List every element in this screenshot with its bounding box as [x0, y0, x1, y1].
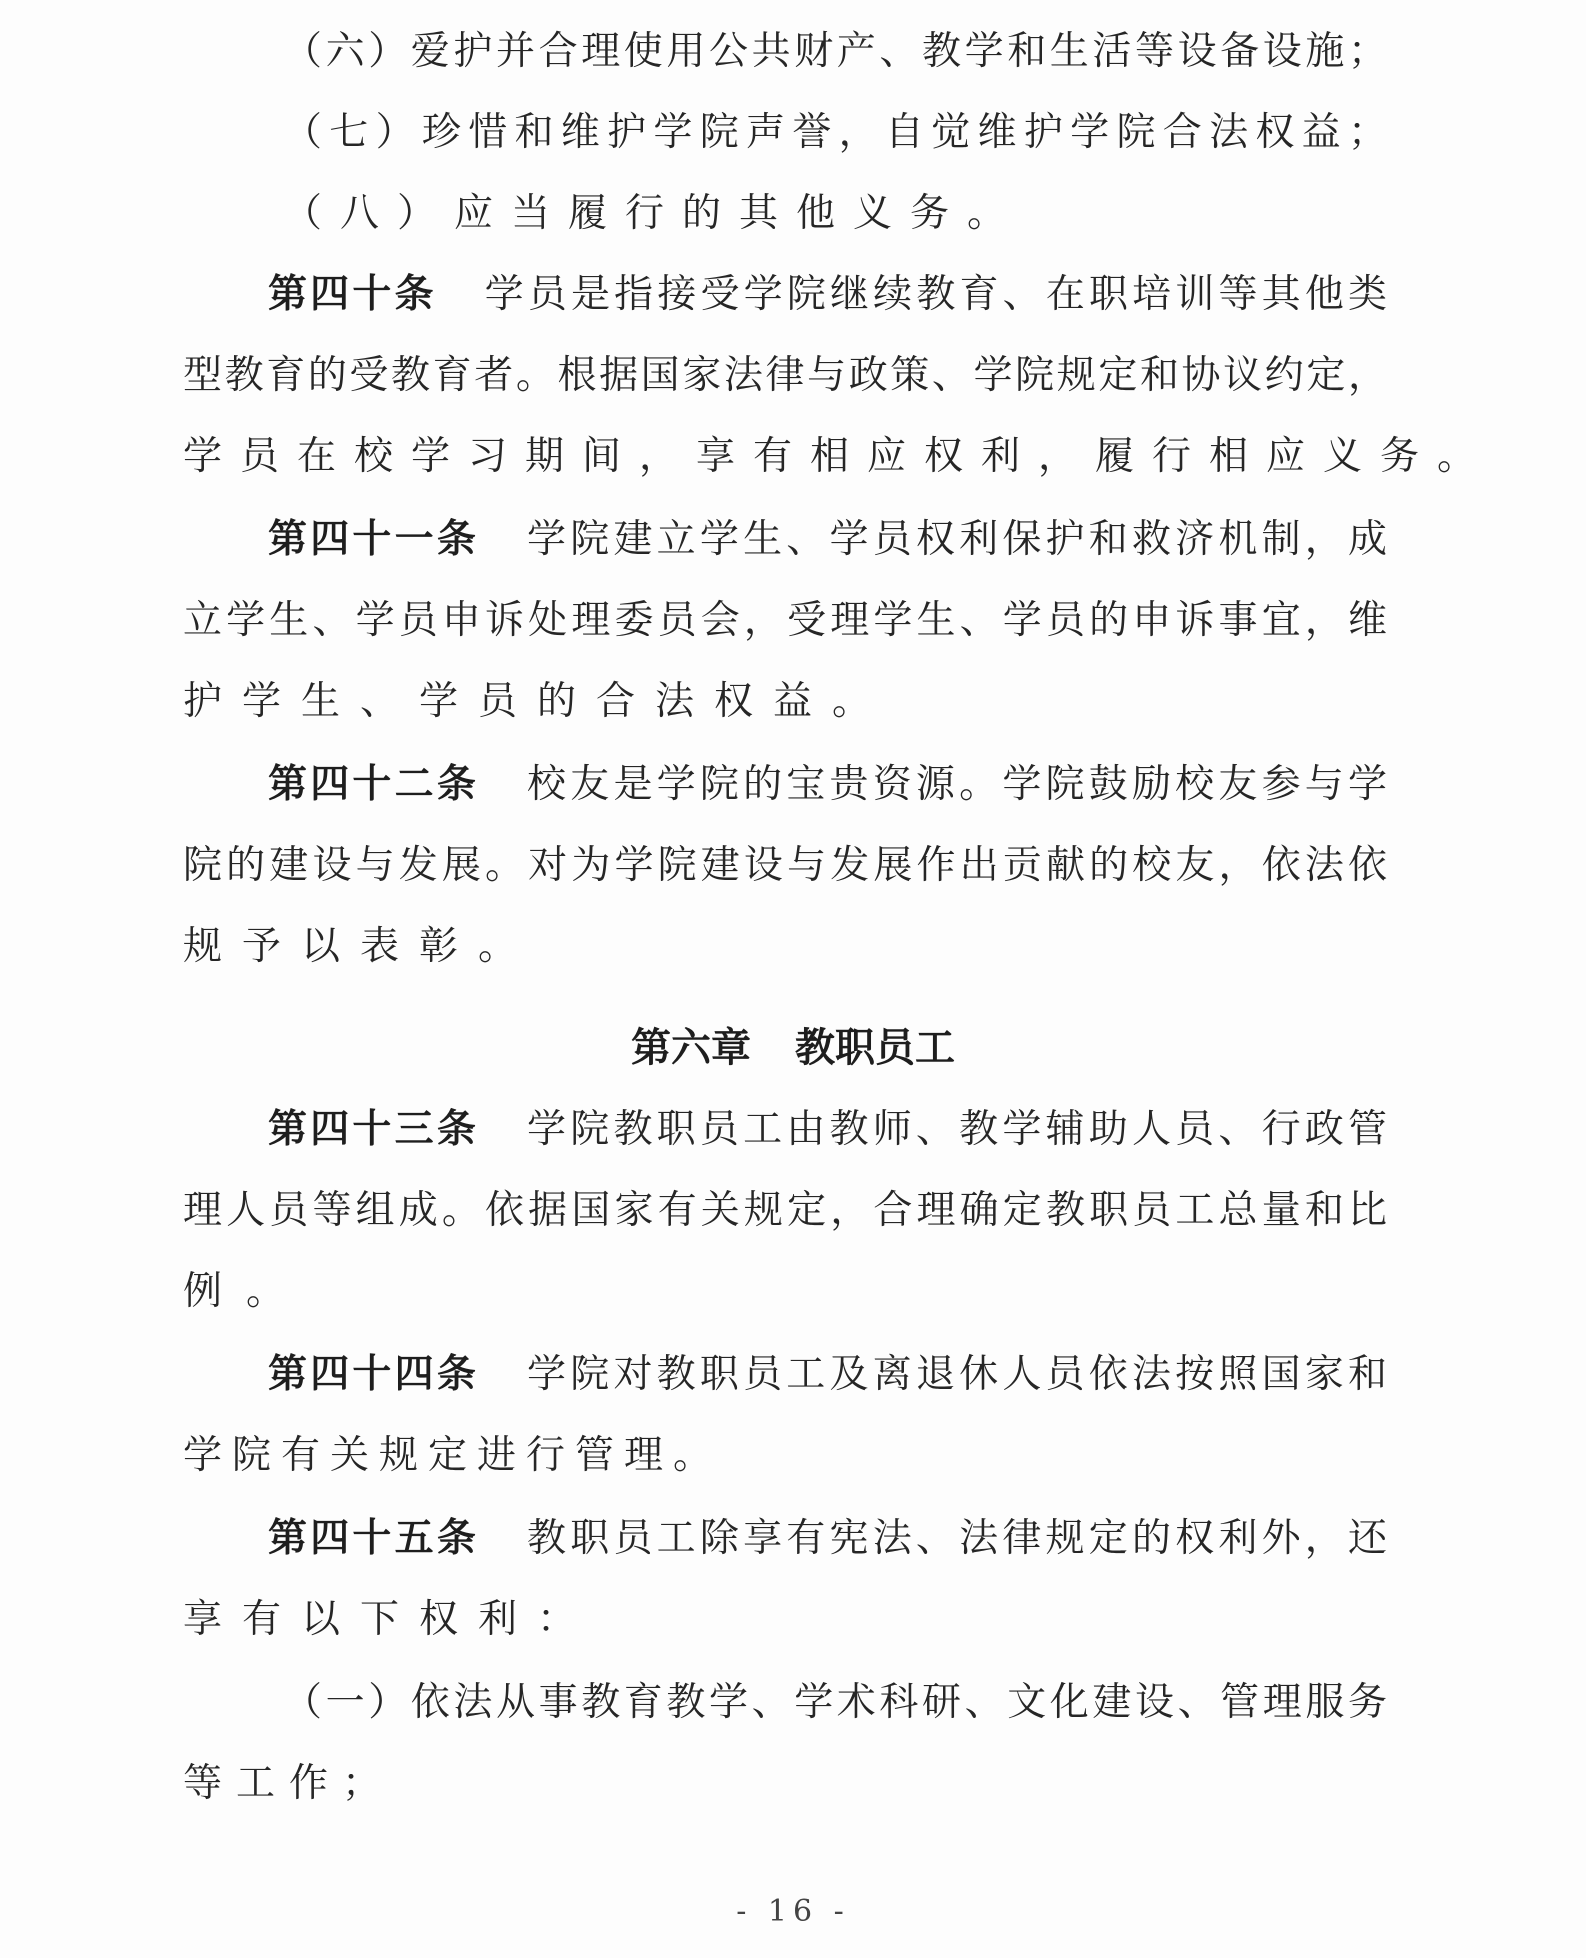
- line-text: 院的建设与发展。对为学院建设与发展作出贡献的校友，依法依: [183, 843, 1388, 888]
- article-number: 第四十条: [268, 272, 437, 317]
- article-41-line-1: 第四十一条学院建立学生、学员权利保护和救济机制，成: [268, 510, 1388, 570]
- line-text: 学员是指接受学院继续教育、在职培训等其他类: [485, 272, 1388, 317]
- article-40-line-1: 第四十条学员是指接受学院继续教育、在职培训等其他类: [268, 265, 1388, 325]
- line-text: 享有以下权利：: [183, 1597, 596, 1642]
- line-text: 立学生、学员申诉处理委员会，受理学生、学员的申诉事宜，维: [183, 598, 1388, 643]
- line-text: 学院教职员工由教师、教学辅助人员、行政管: [527, 1107, 1388, 1152]
- line-text: 等工作；: [183, 1761, 395, 1806]
- list-item-7: （七）珍惜和维护学院声誉，自觉维护学院合法权益；: [283, 103, 1388, 163]
- article-40-line-3: 学员在校学习期间，享有相应权利，履行相应义务。: [183, 427, 1388, 487]
- line-text: （六）爱护并合理使用公共财产、教学和生活等设备设施；: [283, 29, 1388, 74]
- page-number: - 16 -: [0, 1892, 1586, 1932]
- article-41-line-3: 护学生、学员的合法权益。: [183, 672, 1388, 732]
- line-text: 学院建立学生、学员权利保护和救济机制，成: [527, 517, 1388, 562]
- line-text: 校友是学院的宝贵资源。学院鼓励校友参与学: [527, 762, 1388, 807]
- line-text: 护学生、学员的合法权益。: [183, 679, 891, 724]
- list-item-6: （六）爱护并合理使用公共财产、教学和生活等设备设施；: [283, 22, 1388, 82]
- line-text: 学院有关规定进行管理。: [183, 1433, 722, 1478]
- article-43-line-2: 理人员等组成。依据国家有关规定，合理确定教职员工总量和比: [183, 1181, 1388, 1241]
- line-text: 教职员工除享有宪法、法律规定的权利外，还: [527, 1516, 1388, 1561]
- article-42-line-2: 院的建设与发展。对为学院建设与发展作出贡献的校友，依法依: [183, 836, 1388, 896]
- line-text: （七）珍惜和维护学院声誉，自觉维护学院合法权益；: [283, 110, 1388, 155]
- list-item-8: （八）应当履行的其他义务。: [283, 184, 1388, 244]
- chapter-heading: 第六章教职员工: [0, 1018, 1586, 1078]
- line-text: 例。: [183, 1269, 309, 1314]
- article-41-line-2: 立学生、学员申诉处理委员会，受理学生、学员的申诉事宜，维: [183, 591, 1388, 651]
- article-number: 第四十一条: [268, 517, 479, 562]
- list-item-1-line-2: 等工作；: [183, 1754, 1388, 1814]
- line-text: （一）依法从事教育教学、学术科研、文化建设、管理服务: [283, 1680, 1388, 1725]
- article-number: 第四十二条: [268, 762, 479, 807]
- document-page: （六）爱护并合理使用公共财产、教学和生活等设备设施； （七）珍惜和维护学院声誉，…: [0, 0, 1586, 1958]
- article-43-line-1: 第四十三条学院教职员工由教师、教学辅助人员、行政管: [268, 1100, 1388, 1160]
- line-text: 学院对教职员工及离退休人员依法按照国家和: [527, 1352, 1388, 1397]
- line-text: 型教育的受教育者。根据国家法律与政策、学院规定和协议约定，: [183, 353, 1388, 398]
- line-text: 规予以表彰。: [183, 924, 537, 969]
- article-42-line-3: 规予以表彰。: [183, 917, 1388, 977]
- article-42-line-1: 第四十二条校友是学院的宝贵资源。学院鼓励校友参与学: [268, 755, 1388, 815]
- line-text: （八）应当履行的其他义务。: [283, 191, 1024, 236]
- line-text: 理人员等组成。依据国家有关规定，合理确定教职员工总量和比: [183, 1188, 1388, 1233]
- article-44-line-1: 第四十四条学院对教职员工及离退休人员依法按照国家和: [268, 1345, 1388, 1405]
- line-text: 学员在校学习期间，享有相应权利，履行相应义务。: [183, 434, 1494, 479]
- chapter-title: 教职员工: [795, 1025, 955, 1071]
- list-item-1-line-1: （一）依法从事教育教学、学术科研、文化建设、管理服务: [283, 1673, 1388, 1733]
- chapter-number: 第六章: [631, 1025, 751, 1071]
- article-45-line-1: 第四十五条教职员工除享有宪法、法律规定的权利外，还: [268, 1509, 1388, 1569]
- article-43-line-3: 例。: [183, 1262, 1388, 1322]
- article-number: 第四十五条: [268, 1516, 479, 1561]
- article-40-line-2: 型教育的受教育者。根据国家法律与政策、学院规定和协议约定，: [183, 346, 1388, 406]
- article-44-line-2: 学院有关规定进行管理。: [183, 1426, 1388, 1486]
- article-number: 第四十四条: [268, 1352, 479, 1397]
- article-number: 第四十三条: [268, 1107, 479, 1152]
- article-45-line-2: 享有以下权利：: [183, 1590, 1388, 1650]
